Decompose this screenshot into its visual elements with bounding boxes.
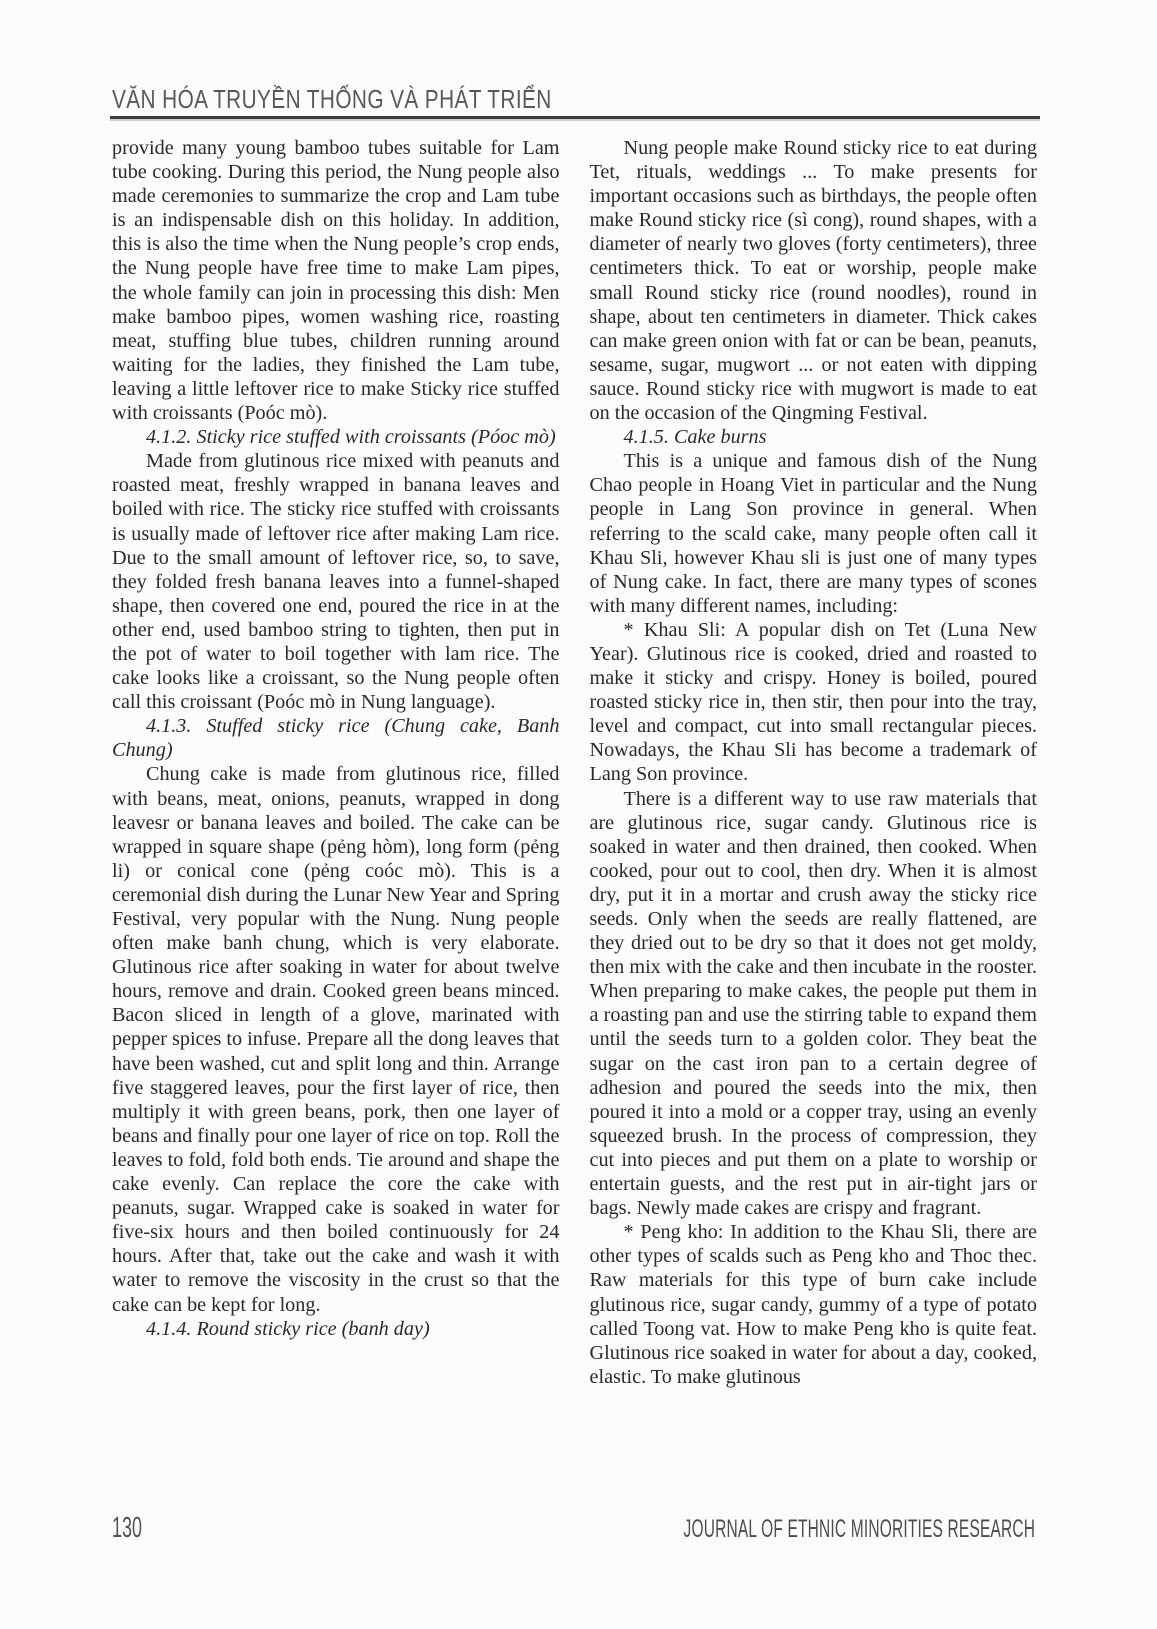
- body-paragraph: Made from glutinous rice mixed with pean…: [112, 449, 560, 714]
- section-heading: 4.1.3. Stuffed sticky rice (Chung cake, …: [112, 714, 560, 762]
- section-heading: 4.1.2. Sticky rice stuffed with croissan…: [112, 425, 560, 449]
- left-column: provide many young bamboo tubes suitable…: [112, 136, 560, 1389]
- body-paragraph: * Peng kho: In addition to the Khau Sli,…: [590, 1220, 1038, 1389]
- section-heading: 4.1.4. Round sticky rice (banh day): [112, 1317, 560, 1341]
- right-column: Nung people make Round sticky rice to ea…: [590, 136, 1038, 1389]
- journal-name: JOURNAL OF ETHNIC MINORITIES RESEARCH: [683, 1515, 1035, 1544]
- journal-page: VĂN HÓA TRUYỀN THỐNG VÀ PHÁT TRIỂN provi…: [0, 0, 1157, 1629]
- page-number: 130: [112, 1512, 142, 1545]
- body-paragraph: Nung people make Round sticky rice to ea…: [590, 136, 1038, 425]
- header-rule: [110, 116, 1040, 119]
- body-paragraph: This is a unique and famous dish of the …: [590, 449, 1038, 618]
- section-heading: 4.1.5. Cake burns: [590, 425, 1038, 449]
- body-paragraph: There is a different way to use raw mate…: [590, 787, 1038, 1221]
- body-paragraph: provide many young bamboo tubes suitable…: [112, 136, 560, 425]
- article-body: provide many young bamboo tubes suitable…: [112, 136, 1037, 1389]
- body-paragraph: Chung cake is made from glutinous rice, …: [112, 762, 560, 1316]
- running-head-title: VĂN HÓA TRUYỀN THỐNG VÀ PHÁT TRIỂN: [112, 84, 552, 115]
- body-paragraph: * Khau Sli: A popular dish on Tet (Luna …: [590, 618, 1038, 787]
